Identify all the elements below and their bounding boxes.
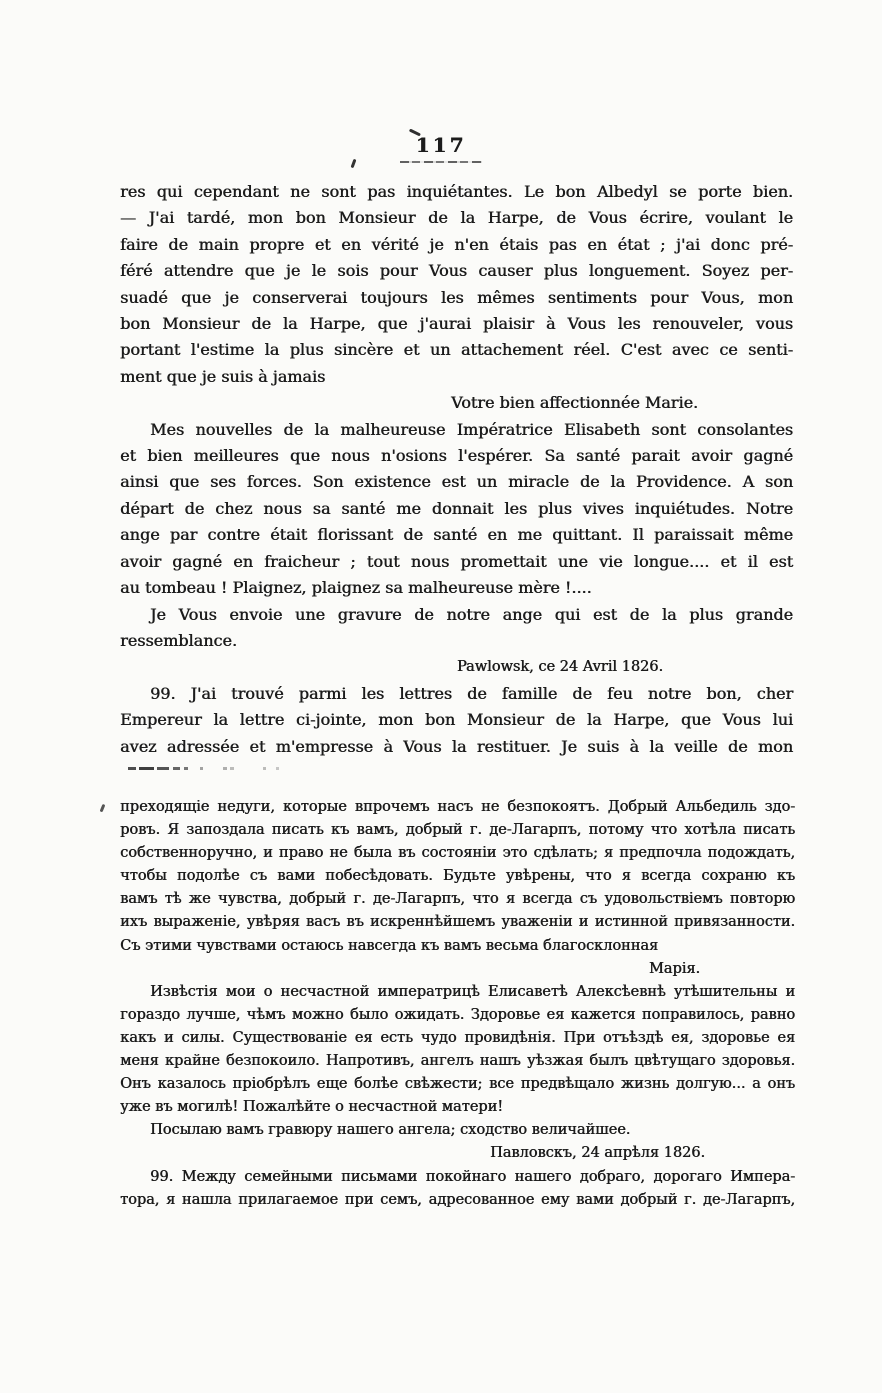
text-line: преходящіе недуги, которые впрочемъ насъ…	[120, 796, 795, 819]
text-line: féré attendre que je le sois pour Vous c…	[120, 258, 793, 284]
text-line: Марія.	[120, 958, 795, 981]
text-line: ровъ. Я запоздала писать къ вамъ, добрый…	[120, 819, 795, 842]
footnote-separator-rule	[128, 767, 313, 770]
scan-artifact-margin-mark	[100, 804, 105, 812]
page-header: 117	[0, 133, 882, 163]
text-line: чтобы подолѣе съ вами побесѣдовать. Будь…	[120, 865, 795, 888]
text-line: Павловскъ, 24 апрѣля 1826.	[120, 1142, 795, 1165]
page-number-rule	[400, 161, 482, 163]
text-line: portant l'estime la plus sincère et un a…	[120, 337, 793, 363]
text-line: Посылаю вамъ гравюру нашего ангела; сход…	[120, 1119, 795, 1142]
text-line: гораздо лучше, чѣмъ можно было ожидать. …	[120, 1004, 795, 1027]
text-line: Votre bien affectionnée Marie.	[120, 390, 793, 416]
text-line: bon Monsieur de la Harpe, que j'aurai pl…	[120, 311, 793, 337]
text-line: faire de main propre et en vérité je n'e…	[120, 232, 793, 258]
text-line: ainsi que ses forces. Son existence est …	[120, 469, 793, 495]
text-line: 99. J'ai trouvé parmi les lettres de fam…	[120, 681, 793, 707]
text-line: ressemblance.	[120, 628, 793, 654]
text-line: et bien meilleures que nous n'osions l'e…	[120, 443, 793, 469]
text-line: Pawlowsk, ce 24 Avril 1826.	[120, 654, 793, 680]
text-line: Извѣстія мои о несчастной императрицѣ Ел…	[120, 981, 795, 1004]
book-page-scan: 117 res qui cependant ne sont pas inquié…	[0, 0, 882, 1393]
french-letter-text: res qui cependant ne sont pas inquiétant…	[120, 179, 793, 760]
text-line: départ de chez nous sa santé me donnait …	[120, 496, 793, 522]
text-line: собственноручно, и право не была въ сост…	[120, 842, 795, 865]
text-line: тора, я нашла прилагаемое при семъ, адре…	[120, 1189, 795, 1212]
text-line: меня крайне безпокоило. Напротивъ, ангел…	[120, 1050, 795, 1073]
text-line: Съ этими чувствами остаюсь навсегда къ в…	[120, 935, 795, 958]
text-line: вамъ тѣ же чувства, добрый г. де-Лагарпъ…	[120, 888, 795, 911]
text-line: ange par contre était florissant de sant…	[120, 522, 793, 548]
text-line: 99. Между семейными письмами покойнаго н…	[120, 1166, 795, 1189]
text-line: Je Vous envoie une gravure de notre ange…	[120, 602, 793, 628]
text-line: suadé que je conserverai toujours les mê…	[120, 285, 793, 311]
text-line: уже въ могилѣ! Пожалѣйте о несчастной ма…	[120, 1096, 795, 1119]
text-line: ment que je suis à jamais	[120, 364, 793, 390]
page-number: 117	[0, 133, 882, 157]
text-line: ихъ выраженіе, увѣряя васъ въ искреннѣйш…	[120, 911, 795, 934]
text-line: Mes nouvelles de la malheureuse Impératr…	[120, 417, 793, 443]
text-line: какъ и силы. Существованіе ея есть чудо …	[120, 1027, 795, 1050]
text-line: au tombeau ! Plaignez, plaignez sa malhe…	[120, 575, 793, 601]
text-line: Empereur la lettre ci-jointe, mon bon Mo…	[120, 707, 793, 733]
text-line: avez adressée et m'empresse à Vous la re…	[120, 734, 793, 760]
text-line: res qui cependant ne sont pas inquiétant…	[120, 179, 793, 205]
text-line: avoir gagné en fraicheur ; tout nous pro…	[120, 549, 793, 575]
text-line: — J'ai tardé, mon bon Monsieur de la Har…	[120, 205, 793, 231]
text-line: Онъ казалось пріобрѣлъ еще болѣе свѣжест…	[120, 1073, 795, 1096]
russian-footnote-text: преходящіе недуги, которые впрочемъ насъ…	[120, 796, 795, 1212]
